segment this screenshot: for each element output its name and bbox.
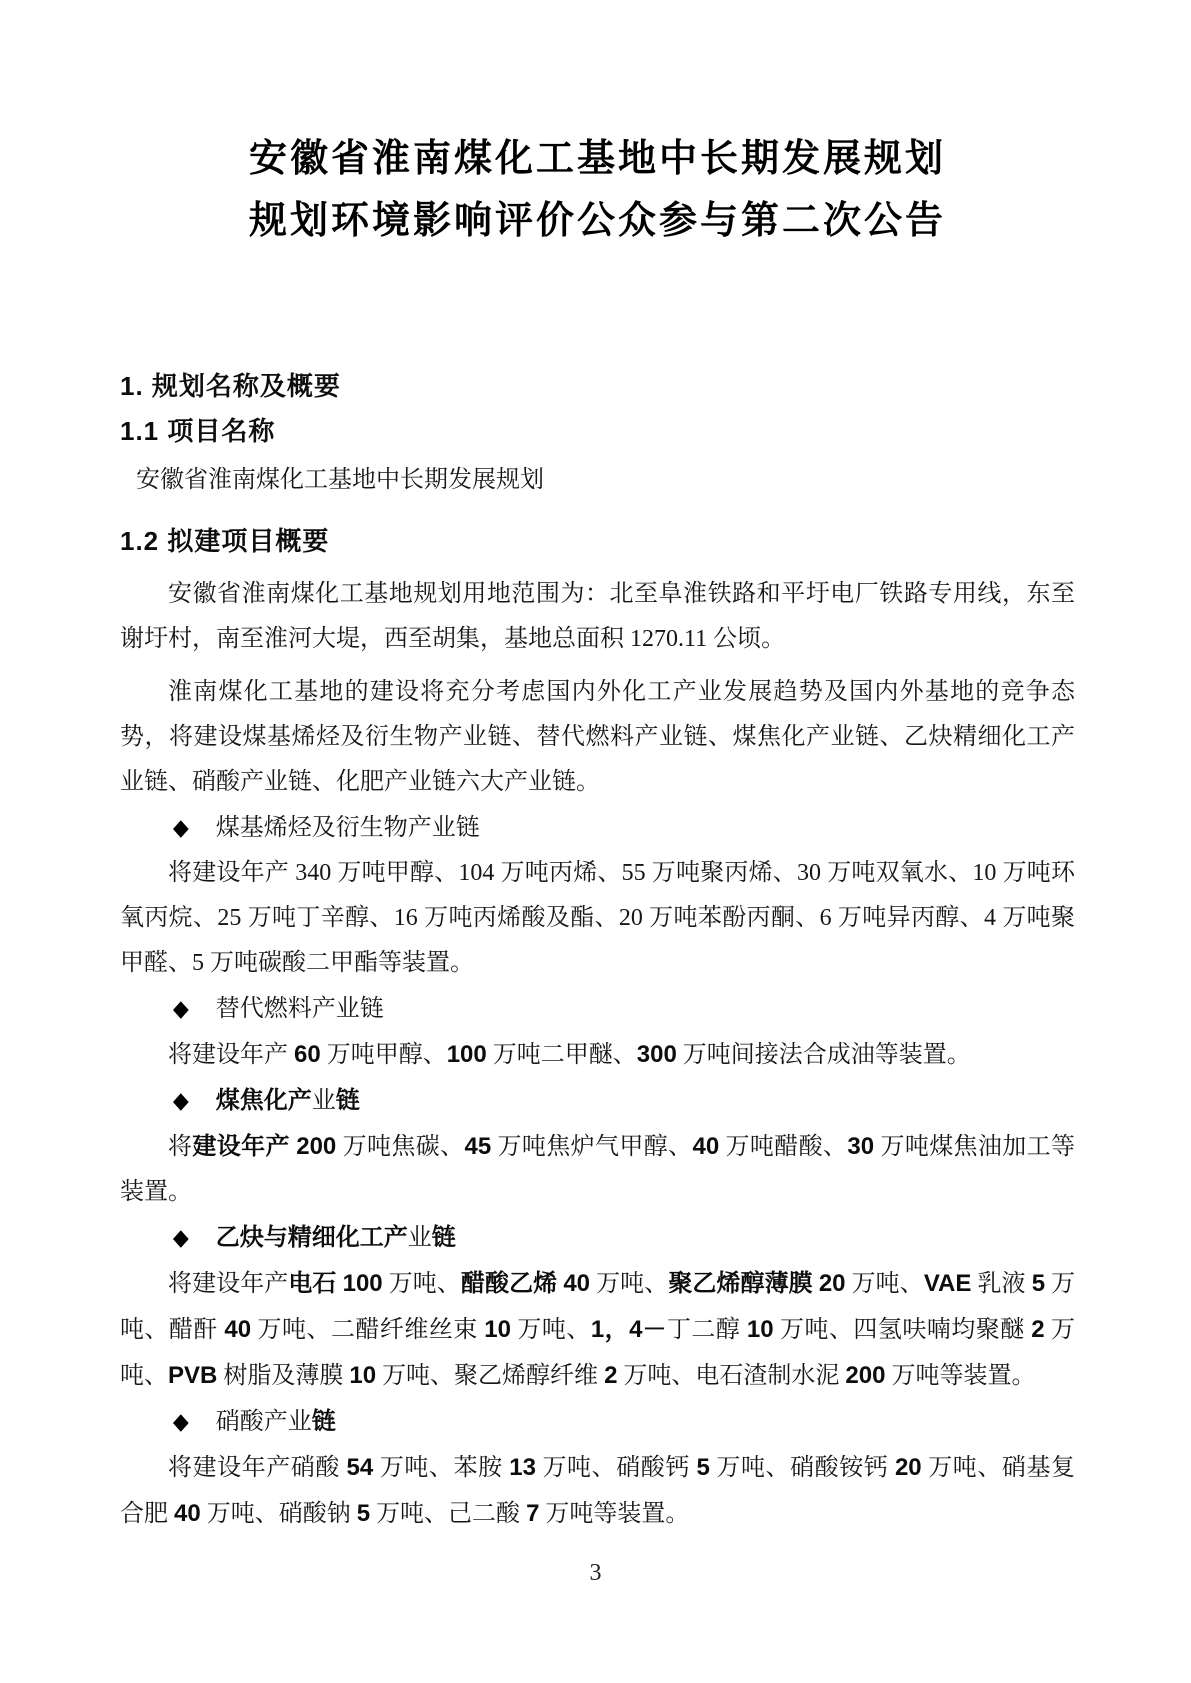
text-segment: 万吨焦碳、 <box>336 1134 464 1160</box>
diamond-bullet-icon: ◆ <box>173 1215 189 1260</box>
text-segment: 业 <box>312 1088 336 1114</box>
text-segment: 煤焦化产 <box>216 1087 312 1114</box>
alternative-fuel-paragraph: 将建设年产 60 万吨甲醇、100 万吨二甲醚、300 万吨间接法合成油等装置。 <box>120 1032 1075 1078</box>
document-title-line2: 规划环境影响评价公众参与第二次公告 <box>249 200 946 242</box>
text-segment: 200 <box>296 1133 336 1160</box>
text-segment: 5 <box>696 1454 709 1481</box>
section-1-2-heading: 1.2 拟建项目概要 <box>120 519 1075 564</box>
text-segment: 100 <box>343 1270 383 1297</box>
text-segment: 10 <box>349 1362 376 1389</box>
text-segment: 聚乙烯醇薄膜 <box>668 1270 812 1297</box>
section-1-heading: 1. 规划名称及概要 <box>120 364 1075 409</box>
text-segment: 树脂及薄膜 <box>217 1363 349 1389</box>
text-segment: 将建设年产 <box>168 1271 288 1297</box>
text-segment: 万吨、 <box>383 1271 461 1297</box>
text-segment: 万吨等装置。 <box>539 1501 689 1527</box>
text-segment: 万吨醋酸、 <box>719 1134 847 1160</box>
text-segment: 10 <box>484 1316 511 1343</box>
text-segment: 54 <box>347 1454 374 1481</box>
text-segment: 100 <box>447 1041 487 1068</box>
bullet-coal-coking: ◆煤焦化产业链 <box>120 1078 1075 1124</box>
text-segment: 万吨焦炉气甲醇、 <box>491 1134 692 1160</box>
document-title-line1: 安徽省淮南煤化工基地中长期发展规划 <box>249 138 946 180</box>
text-segment: 20 <box>895 1454 922 1481</box>
text-segment: 13 <box>509 1454 536 1481</box>
text-segment: 万吨二甲醚、 <box>487 1042 637 1068</box>
text-segment: 200 <box>845 1362 885 1389</box>
document-page: 安徽省淮南煤化工基地中长期发展规划 规划环境影响评价公众参与第二次公告 1. 规… <box>0 0 1191 1683</box>
project-name-paragraph: 安徽省淮南煤化工基地中长期发展规划 <box>120 458 1075 503</box>
text-segment: 将建设年产 <box>168 1042 294 1068</box>
site-scope-paragraph: 安徽省淮南煤化工基地规划用地范围为：北至阜淮铁路和平圩电厂铁路专用线，东至谢圩村… <box>120 572 1075 662</box>
text-segment: 将建设年产硝酸 <box>168 1455 347 1481</box>
nitric-acid-paragraph: 将建设年产硝酸 54 万吨、苯胺 13 万吨、硝酸钙 5 万吨、硝酸铵钙 20 … <box>120 1445 1075 1537</box>
text-segment: 1，4－ <box>591 1316 667 1343</box>
text-segment: 万吨间接法合成油等装置。 <box>677 1042 971 1068</box>
diamond-bullet-icon: ◆ <box>173 805 189 850</box>
text-segment: 万吨、苯胺 <box>373 1455 509 1481</box>
text-segment: 链 <box>312 1408 336 1435</box>
text-segment: 40 <box>174 1500 201 1527</box>
text-segment: 45 <box>464 1133 491 1160</box>
bullet-alternative-fuel: ◆替代燃料产业链 <box>120 986 1075 1032</box>
text-segment: 业 <box>408 1225 432 1251</box>
text-segment: 链 <box>336 1087 360 1114</box>
document-sections: 1. 规划名称及概要1.1 项目名称安徽省淮南煤化工基地中长期发展规划1.2 拟… <box>120 364 1075 1537</box>
text-segment: 40 <box>563 1270 590 1297</box>
text-segment: 乳液 <box>971 1271 1031 1297</box>
coal-coking-paragraph: 将建设年产 200 万吨焦碳、45 万吨焦炉气甲醇、40 万吨醋酸、30 万吨煤… <box>120 1124 1075 1215</box>
text-segment: 万吨、 <box>590 1271 668 1297</box>
text-segment: 30 <box>847 1133 874 1160</box>
text-segment: 60 <box>294 1041 321 1068</box>
text-segment: 2 <box>1031 1316 1044 1343</box>
text-segment: PVB <box>168 1362 217 1389</box>
text-segment: 醋酸乙烯 <box>461 1270 557 1297</box>
text-segment: 万吨、硝酸钙 <box>536 1455 697 1481</box>
coal-olefins-paragraph: 将建设年产 340 万吨甲醇、104 万吨丙烯、55 万吨聚丙烯、30 万吨双氧… <box>120 851 1075 986</box>
text-segment: 万吨、电石渣制水泥 <box>617 1363 845 1389</box>
text-segment: 万吨、己二酸 <box>370 1501 526 1527</box>
text-segment: 煤基烯烃及衍生物产业链 <box>216 815 480 841</box>
text-segment: 安徽省淮南煤化工基地规划用地范围为：北至阜淮铁路和平圩电厂铁路专用线，东至谢圩村… <box>120 581 1075 652</box>
text-segment: 丁二醇 <box>666 1317 746 1343</box>
text-segment: 将 <box>168 1134 192 1160</box>
text-segment: 将建设年产 340 万吨甲醇、104 万吨丙烯、55 万吨聚丙烯、30 万吨双氧… <box>120 860 1075 976</box>
text-segment: 万吨、 <box>511 1317 591 1343</box>
text-segment: 安徽省淮南煤化工基地中长期发展规划 <box>136 467 544 493</box>
text-segment: 5 <box>357 1500 370 1527</box>
text-segment: 万吨、硝酸钠 <box>201 1501 357 1527</box>
text-segment: 链 <box>432 1224 456 1251</box>
text-segment: 1.1 项目名称 <box>120 416 275 446</box>
bullet-coal-olefins: ◆煤基烯烃及衍生物产业链 <box>120 805 1075 851</box>
text-segment: 替代燃料产业链 <box>216 996 384 1022</box>
text-segment: 10 <box>747 1316 774 1343</box>
text-segment: 电石 <box>288 1270 336 1297</box>
bullet-nitric-acid: ◆硝酸产业链 <box>120 1399 1075 1445</box>
text-segment: 5 <box>1032 1270 1045 1297</box>
page-number: 3 <box>0 1556 1191 1590</box>
text-segment: 万吨、硝酸铵钙 <box>710 1455 895 1481</box>
diamond-bullet-icon: ◆ <box>173 986 189 1031</box>
diamond-bullet-icon: ◆ <box>173 1078 189 1123</box>
text-segment: 乙炔与精细化工产 <box>216 1224 408 1251</box>
bullet-acetylene-fine-chemical: ◆乙炔与精细化工产业链 <box>120 1215 1075 1261</box>
section-1-1-heading: 1.1 项目名称 <box>120 409 1075 454</box>
text-segment: 万吨甲醇、 <box>321 1042 447 1068</box>
text-segment: 万吨、四氢呋喃均聚醚 <box>774 1317 1032 1343</box>
text-segment: 建设年产 <box>192 1133 289 1160</box>
text-segment: 万吨等装置。 <box>885 1363 1035 1389</box>
diamond-bullet-icon: ◆ <box>173 1399 189 1444</box>
text-segment: 淮南煤化工基地的建设将充分考虑国内外化工产业发展趋势及国内外基地的竞争态势，将建… <box>120 679 1075 795</box>
text-segment: 20 <box>819 1270 846 1297</box>
text-segment: 万吨、 <box>846 1271 924 1297</box>
text-segment: VAE <box>924 1270 972 1297</box>
industry-chains-overview-paragraph: 淮南煤化工基地的建设将充分考虑国内外化工产业发展趋势及国内外基地的竞争态势，将建… <box>120 670 1075 805</box>
text-segment: 300 <box>637 1041 677 1068</box>
text-segment: 1. 规划名称及概要 <box>120 371 341 401</box>
text-segment: 1.2 拟建项目概要 <box>120 526 329 556</box>
acetylene-fine-chemical-paragraph: 将建设年产电石 100 万吨、醋酸乙烯 40 万吨、聚乙烯醇薄膜 20 万吨、V… <box>120 1261 1075 1399</box>
text-segment: 40 <box>224 1316 251 1343</box>
document-title: 安徽省淮南煤化工基地中长期发展规划 规划环境影响评价公众参与第二次公告 <box>120 128 1075 252</box>
text-segment: 2 <box>604 1362 617 1389</box>
text-segment: 万吨、二醋纤维丝束 <box>251 1317 484 1343</box>
text-segment: 40 <box>692 1133 719 1160</box>
document-content: 安徽省淮南煤化工基地中长期发展规划 规划环境影响评价公众参与第二次公告 1. 规… <box>120 0 1075 1537</box>
text-segment: 7 <box>526 1500 539 1527</box>
text-segment: 硝酸产业 <box>216 1409 312 1435</box>
text-segment: 万吨、聚乙烯醇纤维 <box>376 1363 604 1389</box>
